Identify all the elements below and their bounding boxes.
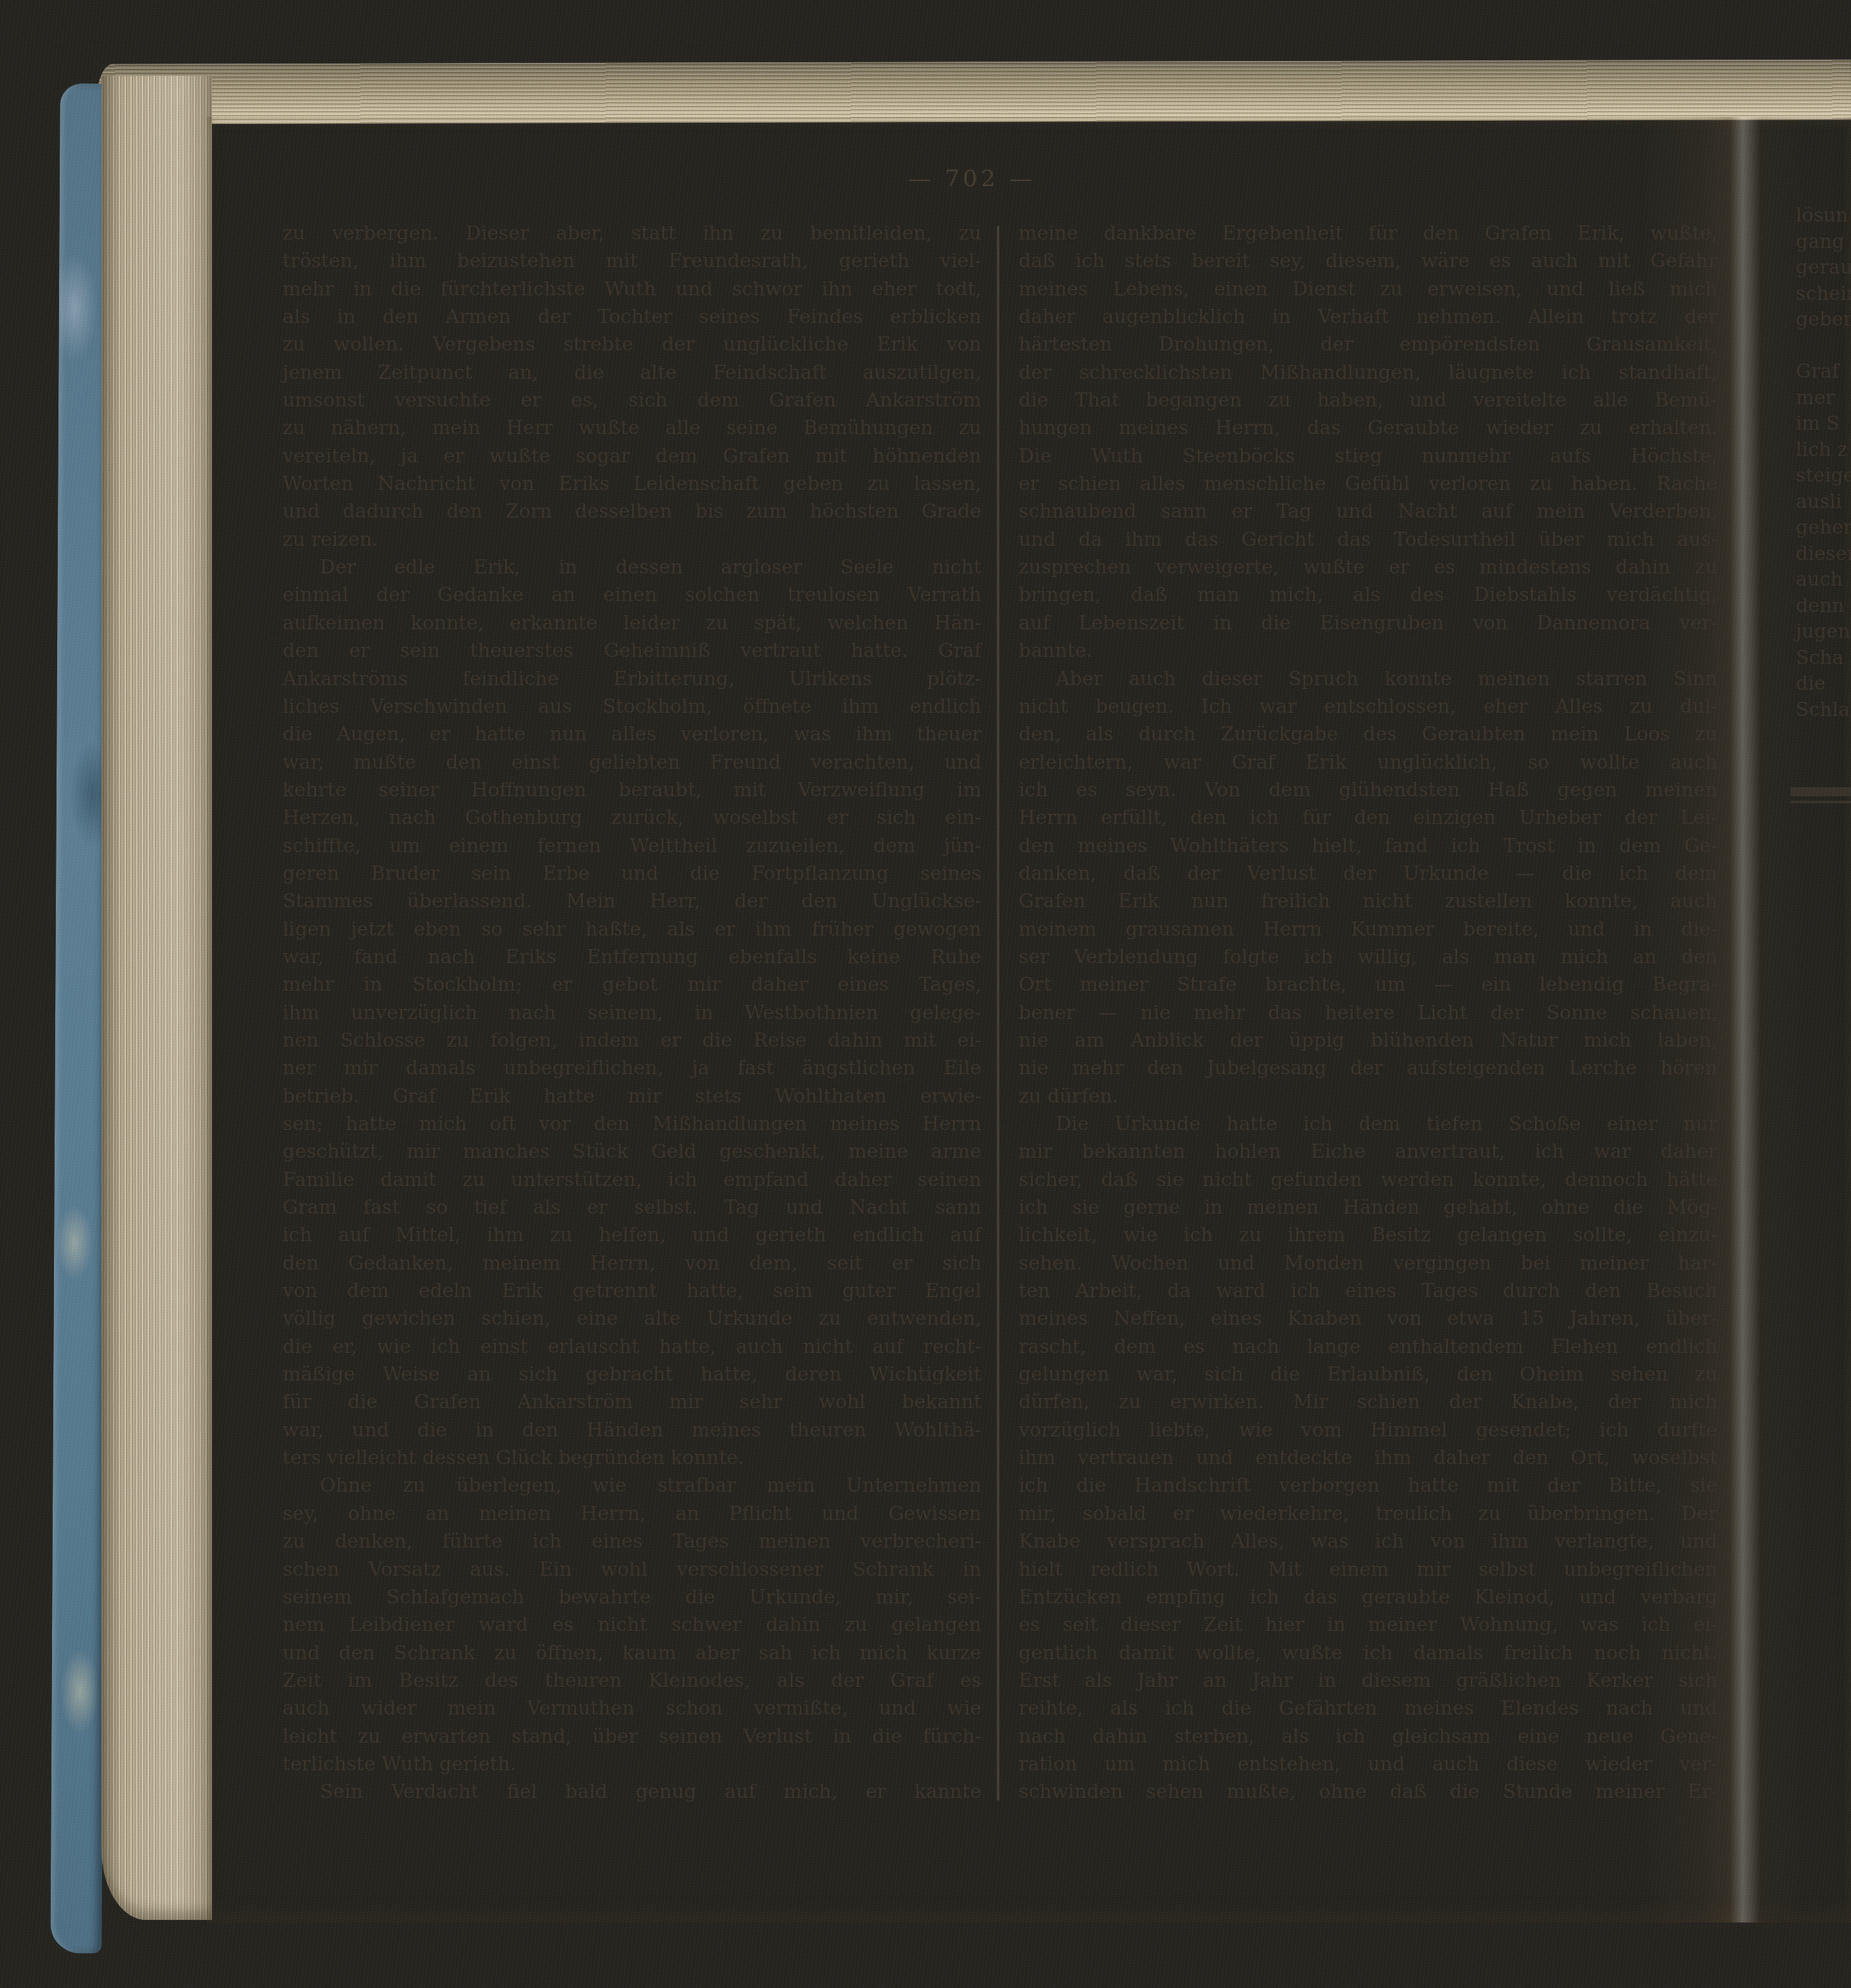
text-line: Knabe versprach Alles, was ich von ihm v… xyxy=(1019,1528,1717,1555)
text-line: zu reizen. xyxy=(283,526,981,554)
text-line: sey, ohne an meinen Herrn, an Pflicht un… xyxy=(283,1500,981,1528)
text-line: kehrte seiner Hoffnungen beraubt, mit Ve… xyxy=(283,776,981,804)
text-line: Graf xyxy=(1796,359,1851,385)
text-line: steige xyxy=(1796,463,1851,489)
page-number: — 702 — xyxy=(283,166,1661,192)
text-line: gang xyxy=(1796,229,1851,256)
text-line: schnaubend sann er Tag und Nacht auf mei… xyxy=(1019,498,1717,525)
text-line: gentlich damit wollte, wußte ich damals … xyxy=(1019,1639,1717,1667)
text-line: trösten, ihm beizustehen mit Freundesrat… xyxy=(283,247,981,275)
text-line: war, und die in den Händen meines theure… xyxy=(283,1417,981,1444)
rule-thin-bar xyxy=(1791,801,1851,803)
text-line: es seit dieser Zeit hier in meiner Wohnu… xyxy=(1019,1611,1717,1639)
text-line: Erst als Jahr an Jahr in diesem gräßlich… xyxy=(1019,1667,1717,1695)
text-line: die That begangen zu haben, und vereitel… xyxy=(1019,387,1717,414)
text-line: die er, wie ich einst erlauscht hatte, a… xyxy=(283,1333,981,1361)
text-line: und da ihm das Gericht das Todesurtheil … xyxy=(1019,526,1717,554)
text-line: im S xyxy=(1796,411,1851,437)
text-line: Familie damit zu unterstützen, ich empfa… xyxy=(283,1166,981,1194)
text-line: sehen. Wochen und Monden vergingen bei m… xyxy=(1019,1250,1717,1277)
text-line: ich es seyn. Von dem glühendsten Haß geg… xyxy=(1019,776,1717,804)
text-line: daher augenblicklich in Verhaft nehmen. … xyxy=(1019,303,1717,331)
text-line: mäßige Weise an sich gebracht hatte, der… xyxy=(283,1361,981,1388)
text-line: Sein Verdacht fiel bald genug auf mich, … xyxy=(283,1778,981,1806)
text-line: sen; hatte mich oft vor den Mißhandlunge… xyxy=(283,1110,981,1138)
text-line: meines Lebens, einen Dienst zu erweisen,… xyxy=(1019,275,1717,303)
text-line: bannte. xyxy=(1019,637,1717,665)
text-line: terlichste Wuth gerieth. xyxy=(283,1750,981,1778)
text-line: meines Neffen, eines Knaben von etwa 15 … xyxy=(1019,1305,1717,1332)
text-line xyxy=(1796,333,1851,360)
text-line: meinem grausamen Herrn Kummer bereite, u… xyxy=(1019,916,1717,943)
text-line: ich die Handschrift verborgen hatte mit … xyxy=(1019,1472,1717,1499)
text-line: nicht beugen. Ich war entschlossen, eher… xyxy=(1019,693,1717,720)
text-line: danken, daß der Verlust der Urkunde — di… xyxy=(1019,860,1717,887)
text-line: betrieb. Graf Erik hatte mir stets Wohlt… xyxy=(283,1083,981,1110)
text-line: nie am Anblick der üppig blühenden Natur… xyxy=(1019,1027,1717,1054)
text-line: seinem Schlafgemach bewahrte die Urkunde… xyxy=(283,1583,981,1611)
text-line: geren Bruder sein Erbe und die Fortpflan… xyxy=(283,860,981,887)
text-line: reihte, als ich die Gefährten meines Ele… xyxy=(1019,1695,1717,1722)
text-line: hungen meines Herrn, das Geraubte wieder… xyxy=(1019,414,1717,442)
text-line: vereiteln, ja er wußte sogar dem Grafen … xyxy=(283,442,981,470)
text-line: Zeit im Besitz des theuren Kleinodes, al… xyxy=(283,1667,981,1695)
text-line: rascht, dem es nach lange enthaltendem F… xyxy=(1019,1333,1717,1361)
text-line: jugen xyxy=(1796,619,1851,645)
text-line: ters vielleicht dessen Glück begründen k… xyxy=(283,1444,981,1472)
text-line: ligen jetzt eben so sehr haßte, als er i… xyxy=(283,916,981,943)
text-line: Aber auch dieser Spruch konnte meinen st… xyxy=(1019,665,1717,693)
text-line: mir bekannten hohlen Eiche anvertraut, i… xyxy=(1019,1138,1717,1165)
text-line: und den Schrank zu öffnen, kaum aber sah… xyxy=(283,1639,981,1667)
text-line: Stammes überlassend. Mein Herr, der den … xyxy=(283,887,981,915)
text-line: zu nähern, mein Herr wußte alle seine Be… xyxy=(283,414,981,442)
text-line: aufkeimen konnte, erkannte leider zu spä… xyxy=(283,609,981,637)
text-line: den meines Wohlthäters hielt, fand ich T… xyxy=(1019,832,1717,860)
text-line: liches Verschwinden aus Stockholm, öffne… xyxy=(283,693,981,720)
text-line: zu denken, führte ich eines Tages meinen… xyxy=(283,1528,981,1555)
text-line: meine dankbare Ergebenheit für den Grafe… xyxy=(1019,220,1717,247)
column-divider xyxy=(997,226,999,1801)
text-line: zu verbergen. Dieser aber, statt ihn zu … xyxy=(283,220,981,247)
text-line: umsonst versuchte er es, sich dem Grafen… xyxy=(283,387,981,414)
next-page-sliver: lösunganggerauscheingebenGrafmerim Slich… xyxy=(1796,203,1851,723)
text-line: für die Grafen Ankarström mir sehr wohl … xyxy=(283,1388,981,1416)
text-line: Grafen Erik nun freilich nicht zustellen… xyxy=(1019,887,1717,915)
text-line: den, als durch Zurückgabe des Geraubten … xyxy=(1019,720,1717,748)
text-line: einmal der Gedanke an einen solchen treu… xyxy=(283,581,981,609)
text-line: dieser xyxy=(1796,541,1851,568)
text-line: ihm unverzüglich nach seinem, in Westbot… xyxy=(283,999,981,1027)
text-line: ser Verblendung folgte ich willig, als m… xyxy=(1019,943,1717,971)
text-line: daß ich stets bereit sey, diesem, wäre e… xyxy=(1019,247,1717,275)
text-line: ausli xyxy=(1796,489,1851,516)
text-column-left: zu verbergen. Dieser aber, statt ihn zu … xyxy=(283,220,981,1806)
text-line: jenem Zeitpunct an, die alte Feindschaft… xyxy=(283,359,981,387)
text-line: lichkeit, wie ich zu ihrem Besitz gelang… xyxy=(1019,1221,1717,1249)
text-line: Scha xyxy=(1796,645,1851,672)
text-line: der schrecklichsten Mißhandlungen, läugn… xyxy=(1019,359,1717,387)
text-column-right: meine dankbare Ergebenheit für den Grafe… xyxy=(1019,220,1717,1806)
text-line: die Augen, er hatte nun alles verloren, … xyxy=(283,720,981,748)
text-line: schiffte, um einem fernen Welttheil zuzu… xyxy=(283,832,981,860)
text-line: die xyxy=(1796,671,1851,697)
text-line: geben xyxy=(1796,307,1851,333)
text-line: ten Arbeit, da ward ich eines Tages durc… xyxy=(1019,1277,1717,1305)
text-line: auf Lebenszeit in die Eisengruben von Da… xyxy=(1019,609,1717,637)
text-line: Herrn erfüllt, den ich für den einzigen … xyxy=(1019,804,1717,832)
text-line: Schla xyxy=(1796,697,1851,724)
text-line: Die Urkunde hatte ich dem tiefen Schoße … xyxy=(1019,1110,1717,1138)
text-line: Ankarströms feindliche Erbitterung, Ulri… xyxy=(283,665,981,693)
text-line: nie mehr den Jubelgesang der aufsteigend… xyxy=(1019,1054,1717,1082)
text-line: bringen, daß man mich, als des Diebstahl… xyxy=(1019,581,1717,609)
text-line: schen Vorsatz aus. Ein wohl verschlossen… xyxy=(283,1556,981,1583)
text-line: ich sie gerne in meinen Händen gehabt, o… xyxy=(1019,1194,1717,1221)
text-line: hielt redlich Wort. Mit einem mir selbst… xyxy=(1019,1556,1717,1583)
text-line: bener — nie mehr das heitere Licht der S… xyxy=(1019,999,1717,1027)
text-line: gelungen war, sich die Erlaubniß, den Oh… xyxy=(1019,1361,1717,1388)
page-edges-left xyxy=(101,76,212,1920)
text-line: Ohne zu überlegen, wie strafbar mein Unt… xyxy=(283,1472,981,1499)
text-line: ihm vertrauen und entdeckte ihm daher de… xyxy=(1019,1444,1717,1472)
text-line: schwinden sehen mußte, ohne daß die Stun… xyxy=(1019,1778,1717,1806)
text-line: ich auf Mittel, ihm zu helfen, und gerie… xyxy=(283,1221,981,1249)
text-line: Der edle Erik, in dessen argloser Seele … xyxy=(283,554,981,581)
text-line: denn xyxy=(1796,593,1851,620)
text-line: ner mir damals unbegreiflichen, ja fast … xyxy=(283,1054,981,1082)
text-line: zu wollen. Vergebens strebte der unglück… xyxy=(283,331,981,358)
text-line: erleichtern, war Graf Erik unglücklich, … xyxy=(1019,749,1717,776)
photo-background: { "page": { "number": "702", "number_dis… xyxy=(0,0,1851,1988)
text-line: mer xyxy=(1796,385,1851,412)
text-line: sicher, daß sie nicht gefunden werden ko… xyxy=(1019,1166,1717,1194)
text-line: war, mußte den einst geliebten Freund ve… xyxy=(283,749,981,776)
text-line: ration um mich entstehen, und auch diese… xyxy=(1019,1750,1717,1778)
text-line: mir, sobald er wiederkehre, treulich zu … xyxy=(1019,1500,1717,1528)
text-line: Worten Nachricht von Eriks Leidenschaft … xyxy=(283,470,981,498)
text-line: lösun xyxy=(1796,203,1851,229)
text-line: zu dürfen. xyxy=(1019,1083,1717,1110)
text-line: Herzen, nach Gothenburg zurück, woselbst… xyxy=(283,804,981,832)
text-line: dürfen, zu erwirken. Mir schien der Knab… xyxy=(1019,1388,1717,1416)
text-line: und dadurch den Zorn desselben bis zum h… xyxy=(283,498,981,525)
text-line: Gram fast so tief als er selbst. Tag und… xyxy=(283,1194,981,1221)
text-line: war, fand nach Eriks Entfernung ebenfall… xyxy=(283,943,981,971)
text-line: zusprechen verweigerte, wußte er es mind… xyxy=(1019,554,1717,581)
text-line: vorzüglich liebte, wie vom Himmel gesend… xyxy=(1019,1417,1717,1444)
text-line: mehr in die fürchterlichste Wuth und sch… xyxy=(283,275,981,303)
text-line: nem Leibdiener ward es nicht schwer dahi… xyxy=(283,1611,981,1639)
section-divider-rule xyxy=(1791,787,1851,803)
text-line: den er sein theuerstes Geheimniß vertrau… xyxy=(283,637,981,665)
rule-thick-bar xyxy=(1791,787,1851,796)
text-line: auch wider mein Vermuthen schon vermißte… xyxy=(283,1695,981,1722)
text-line: den Gedanken, meinem Herrn, von dem, sei… xyxy=(283,1250,981,1277)
text-line: Entzücken empfing ich das geraubte Klein… xyxy=(1019,1583,1717,1611)
text-line: von dem edeln Erik getrennt hatte, sein … xyxy=(283,1277,981,1305)
text-line: härtesten Drohungen, der empörendsten Gr… xyxy=(1019,331,1717,358)
text-line: leicht zu erwarten stand, über seinen Ve… xyxy=(283,1723,981,1750)
text-line: Ort meiner Strafe brachte, um — ein lebe… xyxy=(1019,971,1717,998)
page-edges-top xyxy=(96,59,1851,124)
text-line: völlig gewichen schien, eine alte Urkund… xyxy=(283,1305,981,1332)
text-line: lich z xyxy=(1796,437,1851,464)
text-line: nach dahin sterben, als ich gleichsam ei… xyxy=(1019,1723,1717,1750)
text-line: gerau xyxy=(1796,255,1851,281)
text-line: schein xyxy=(1796,281,1851,308)
text-line: auch xyxy=(1796,567,1851,593)
text-line: Die Wuth Steenböcks stieg nunmehr aufs H… xyxy=(1019,442,1717,470)
text-line: als in den Armen der Tochter seines Fein… xyxy=(283,303,981,331)
text-line: nen Schlosse zu folgen, indem er die Rei… xyxy=(283,1027,981,1054)
text-line: er schien alles menschliche Gefühl verlo… xyxy=(1019,470,1717,498)
text-line: gehen xyxy=(1796,515,1851,541)
text-line: geschützt, mir manches Stück Geld gesche… xyxy=(283,1138,981,1165)
text-line: mehr in Stockholm; er gebot mir daher ei… xyxy=(283,971,981,998)
